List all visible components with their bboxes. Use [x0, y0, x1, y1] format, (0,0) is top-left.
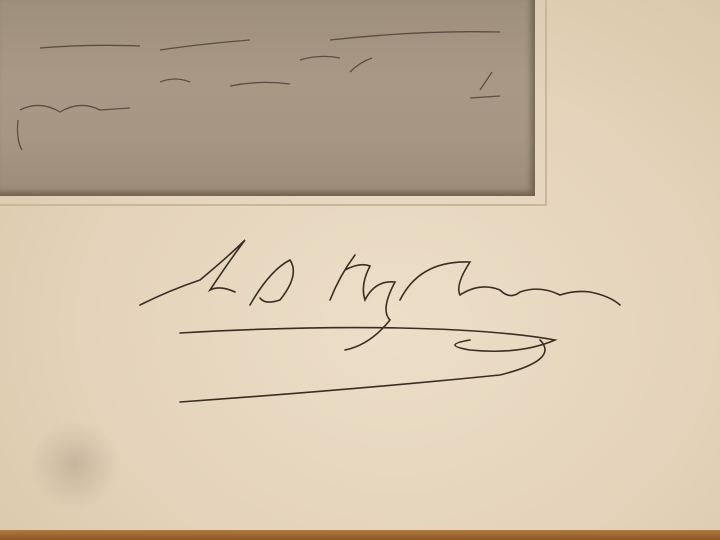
signature-icon [140, 240, 620, 402]
ink-marks [0, 0, 720, 540]
frame-edge [0, 530, 720, 540]
etching-strokes [18, 32, 501, 150]
photograph: Ar. D. Zugliener fecit [0, 0, 720, 540]
